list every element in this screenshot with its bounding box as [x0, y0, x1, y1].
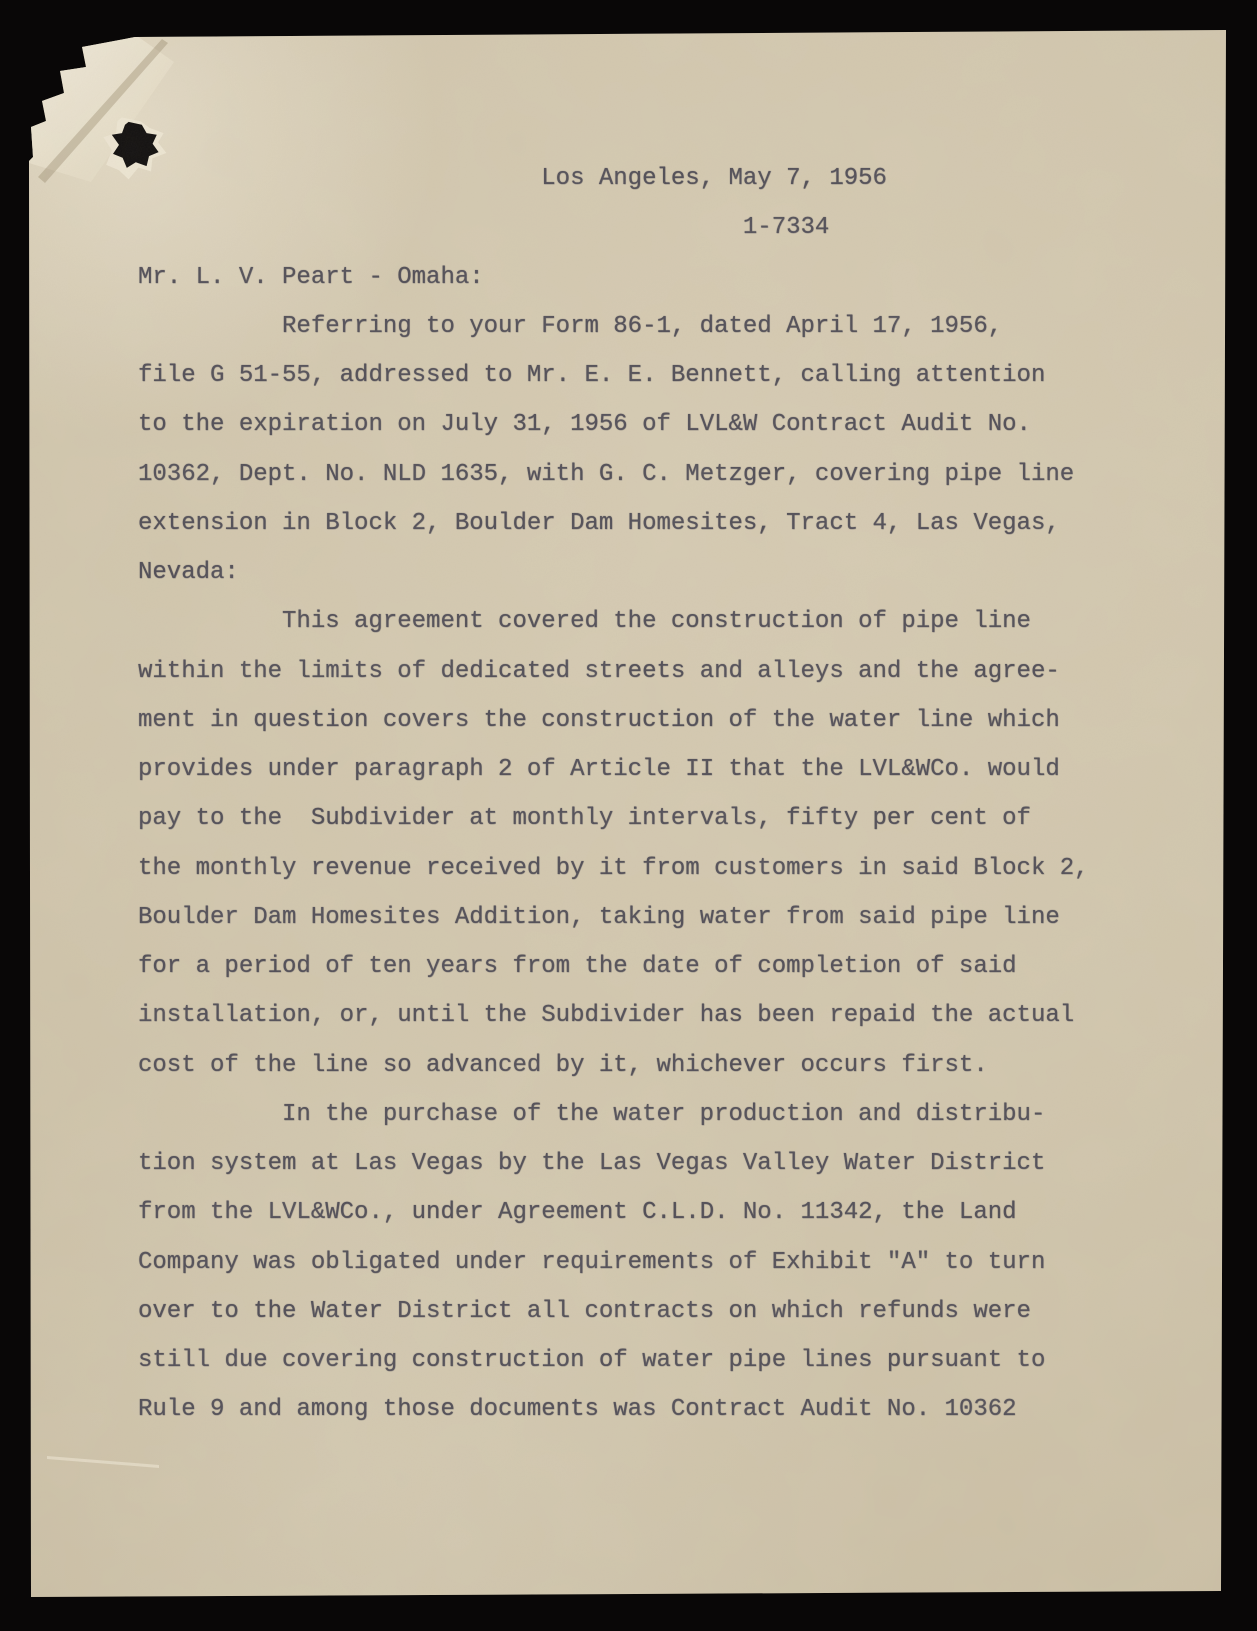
text-line: tion system at Las Vegas by the Las Vega… [138, 1139, 1138, 1188]
text-line: provides under paragraph 2 of Article II… [138, 745, 1138, 794]
text-line: extension in Block 2, Boulder Dam Homesi… [138, 499, 1138, 548]
document-scan: { "scan": { "background_color": "#090707… [0, 0, 1257, 1631]
file-number: 1-7334 [138, 203, 1138, 252]
text-line: This agreement covered the construction … [138, 597, 1138, 646]
text-line: pay to the Subdivider at monthly interva… [138, 794, 1138, 843]
text-line: Referring to your Form 86-1, dated April… [138, 302, 1138, 351]
text-line: installation, or, until the Subdivider h… [138, 991, 1138, 1040]
text-line: within the limits of dedicated streets a… [138, 647, 1138, 696]
text-line: ment in question covers the construction… [138, 696, 1138, 745]
text-line: from the LVL&WCo., under Agreement C.L.D… [138, 1188, 1138, 1237]
text-line: the monthly revenue received by it from … [138, 844, 1138, 893]
paper-crease [43, 1450, 163, 1472]
text-line: over to the Water District all contracts… [138, 1287, 1138, 1336]
text-line: In the purchase of the water production … [138, 1090, 1138, 1139]
text-line: to the expiration on July 31, 1956 of LV… [138, 400, 1138, 449]
salutation: Mr. L. V. Peart - Omaha: [138, 253, 1138, 302]
letter-paper: Los Angeles, May 7, 1956 1-7334 Mr. L. V… [29, 30, 1226, 1597]
text-line: cost of the line so advanced by it, whic… [138, 1041, 1138, 1090]
text-line: for a period of ten years from the date … [138, 942, 1138, 991]
text-line: 10362, Dept. No. NLD 1635, with G. C. Me… [138, 450, 1138, 499]
text-line: Company was obligated under requirements… [138, 1238, 1138, 1287]
dateline: Los Angeles, May 7, 1956 [138, 154, 1138, 203]
letter-body: Referring to your Form 86-1, dated April… [138, 302, 1138, 1435]
text-line: Nevada: [138, 548, 1138, 597]
text-line: still due covering construction of water… [138, 1336, 1138, 1385]
text-line: Rule 9 and among those documents was Con… [138, 1385, 1138, 1434]
letter-text: Los Angeles, May 7, 1956 1-7334 Mr. L. V… [138, 154, 1138, 1435]
text-line: Boulder Dam Homesites Addition, taking w… [138, 893, 1138, 942]
text-line: file G 51-55, addressed to Mr. E. E. Ben… [138, 351, 1138, 400]
